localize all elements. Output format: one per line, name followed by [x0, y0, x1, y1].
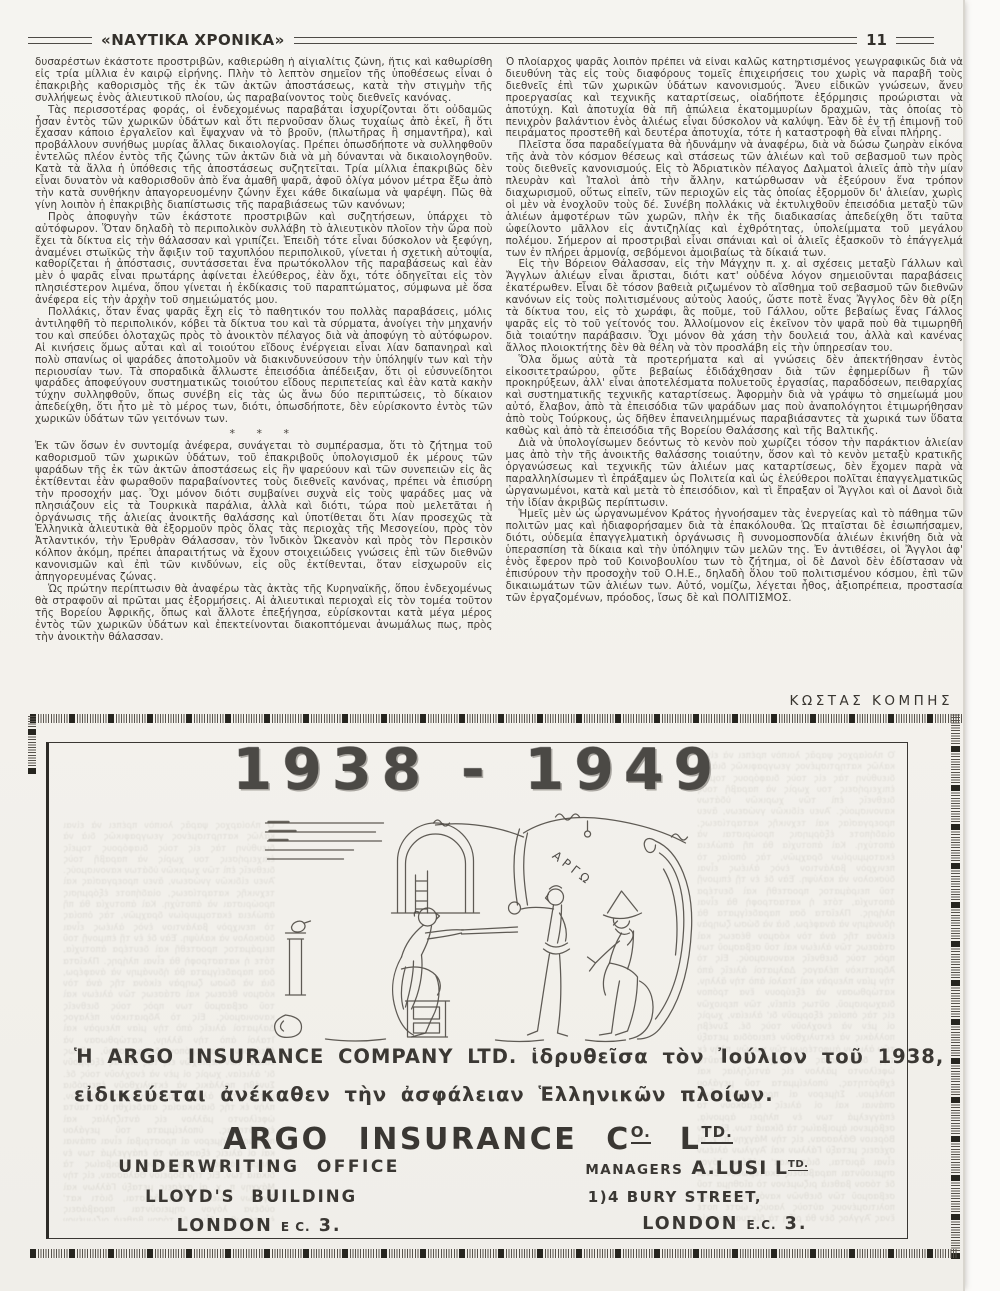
- column: [286, 933, 306, 995]
- illustration-argo-label: ΑΡΓΩ: [550, 848, 596, 888]
- header-rule: [896, 37, 934, 44]
- magazine-page-paper: «ΝΑΥΤΙΚΑ ΧΡΟΝΙΚΑ» 11 δυσαρέστων ἑκάστοτε…: [0, 0, 963, 1291]
- ad-company-name: ARGO INSURANCE CO. LTD.: [49, 1122, 907, 1157]
- paragraph: Ἐκ τῶν ὅσων ἐν συντομίᾳ ἀνέφερα, συνάγετ…: [35, 441, 493, 584]
- youth-head: [548, 889, 564, 905]
- bury-street-line: 1)4 BURY STREET,: [481, 1188, 869, 1206]
- paragraph: Τὰς περισσοτέρας φοράς, οἱ ἐνδεχομένως π…: [35, 105, 493, 212]
- address-part: LONDON: [177, 1216, 281, 1236]
- managers-block: MANAGERSA.LUSI LTD. 1)4 BURY STREET, LON…: [503, 1157, 891, 1236]
- decorative-border-top: [30, 714, 962, 723]
- managers-name: A.LUSI L: [691, 1157, 788, 1179]
- ad-intro-line-2: εἰδικεύεται ἀνέκαθεν τὴν ἀσφάλειαν Ἑλλην…: [74, 1083, 882, 1106]
- bird-icon: [292, 921, 311, 932]
- decorative-border-bottom: [30, 1249, 958, 1258]
- underwriting-office-block: UNDERWRITING OFFICE LLOYD'S BUILDING LON…: [65, 1157, 453, 1236]
- paragraph: Ὅλα ὅμως αὐτὰ τὰ προτερήματα καὶ αἱ γνώσ…: [506, 355, 964, 438]
- argo-insurance-ad-box: Ὁ πλοίαρχος ψαρᾶς λοιπὸν πρέπει νὰ εἶναι…: [46, 742, 908, 1239]
- managers-line: MANAGERSA.LUSI LTD.: [503, 1157, 891, 1179]
- woman-drapery: [393, 955, 441, 1037]
- pilos-hat: [604, 891, 642, 919]
- ship-stern: [638, 839, 692, 1039]
- youth-legs: [528, 943, 570, 1036]
- mallet: [509, 902, 521, 914]
- company-name-part: L: [651, 1122, 702, 1157]
- paragraph: Πλεῖστα ὅσα παραδείγματα θὰ ἠδυνάμην νὰ …: [506, 140, 964, 259]
- argo-illustration-svg: ΑΡΓΩ: [256, 809, 701, 1043]
- address-part: LONDON: [642, 1214, 746, 1234]
- shipwright-legs-rock: [600, 963, 654, 1039]
- right-column: Ὁ πλοίαρχος ψαρᾶς λοιπὸν πρέπει νὰ εἶναι…: [506, 57, 964, 712]
- scanned-magazine-page: { "header": { "magazine_title": "«ΝΑΥΤΙΚ…: [0, 0, 1000, 1291]
- paragraph: Εἰς τὴν Βόρειον Θάλασσαν, εἰς τὴν Μάγχην…: [506, 259, 964, 354]
- magazine-title: «ΝΑΥΤΙΚΑ ΧΡΟΝΙΚΑ»: [101, 31, 285, 49]
- postal-code: E.C.: [746, 1218, 776, 1232]
- wall-plank-shadows: [269, 822, 296, 840]
- managers-label: MANAGERS: [585, 1162, 683, 1178]
- company-superscript: TD.: [701, 1123, 732, 1144]
- ground-lines: [326, 1039, 626, 1042]
- left-column: δυσαρέστων ἑκάστοτε προστριβῶν, καθιερώθ…: [35, 57, 493, 712]
- address-part: 3.: [311, 1216, 342, 1236]
- company-superscript: O.: [631, 1123, 651, 1144]
- address-part: 3.: [777, 1214, 808, 1234]
- paragraph: δυσαρέστων ἑκάστοτε προστριβῶν, καθιερώθ…: [35, 57, 493, 105]
- decorative-border-right: [951, 714, 960, 1259]
- managers-superscript: TD.: [788, 1159, 808, 1171]
- header-rule: [294, 37, 857, 44]
- page-number: 11: [866, 31, 887, 49]
- ladder: [416, 871, 428, 913]
- sandal: [275, 1015, 302, 1037]
- header-rule: [28, 37, 92, 44]
- shipwright-body: [588, 929, 634, 971]
- ad-footer: UNDERWRITING OFFICE LLOYD'S BUILDING LON…: [65, 1157, 891, 1236]
- keel-beam: [462, 927, 518, 934]
- company-name-part: ARGO INSURANCE C: [223, 1122, 631, 1157]
- ad-years-heading: 1938 - 1949: [49, 737, 907, 803]
- arch-doorway: [392, 823, 480, 913]
- underwriting-office-line: UNDERWRITING OFFICE: [65, 1157, 453, 1177]
- page-header: «ΝΑΥΤΙΚΑ ΧΡΟΝΙΚΑ» 11: [28, 31, 934, 49]
- paragraph: Πρὸς ἀποφυγὴν τῶν ἑκάστοτε προστριβῶν κα…: [35, 212, 493, 307]
- section-separator: * * *: [35, 427, 493, 440]
- london-address-line: LONDON E C. 3.: [65, 1216, 453, 1236]
- london-address-line: LONDON E.C. 3.: [531, 1214, 919, 1234]
- woman-upper-body: [402, 912, 464, 958]
- leaves: [434, 814, 688, 840]
- ad-intro-line-1: Ἡ ARGO INSURANCE COMPANY LTD. ἱδρυθεῖσα …: [74, 1045, 882, 1068]
- paragraph: Ὁ πλοίαρχος ψαρᾶς λοιπὸν πρέπει νὰ εἶναι…: [506, 57, 964, 140]
- author-signature: ΚΩΣΤΑΣ ΚΟΜΠΗΣ: [790, 693, 953, 709]
- argo-shipbuilding-illustration: ΑΡΓΩ: [256, 809, 701, 1043]
- paragraph: Διὰ νὰ ὑπολογίσωμεν δεόντως τὸ κενὸν ποὺ…: [506, 438, 964, 509]
- paragraph: Ἡμεῖς μὲν ὡς ὠργανωμένον Κράτος ἠγνοήσαμ…: [506, 509, 964, 604]
- article-columns: δυσαρέστων ἑκάστοτε προστριβῶν, καθιερώθ…: [35, 57, 963, 712]
- shipwright-head: [613, 919, 629, 934]
- decorative-border-left: [28, 716, 36, 774]
- lloyds-building-line: LLOYD'S BUILDING: [57, 1187, 445, 1206]
- paragraph: Ὡς πρώτην περίπτωσιν θὰ ἀναφέρω τὰς ἀκτὰ…: [35, 584, 493, 644]
- youth-body: [522, 886, 567, 943]
- paragraph: Πολλάκις, ὅταν ἕνας ψαρᾶς ἔχη εἰς τὸ παθ…: [35, 307, 493, 426]
- postal-code: E C.: [281, 1220, 311, 1234]
